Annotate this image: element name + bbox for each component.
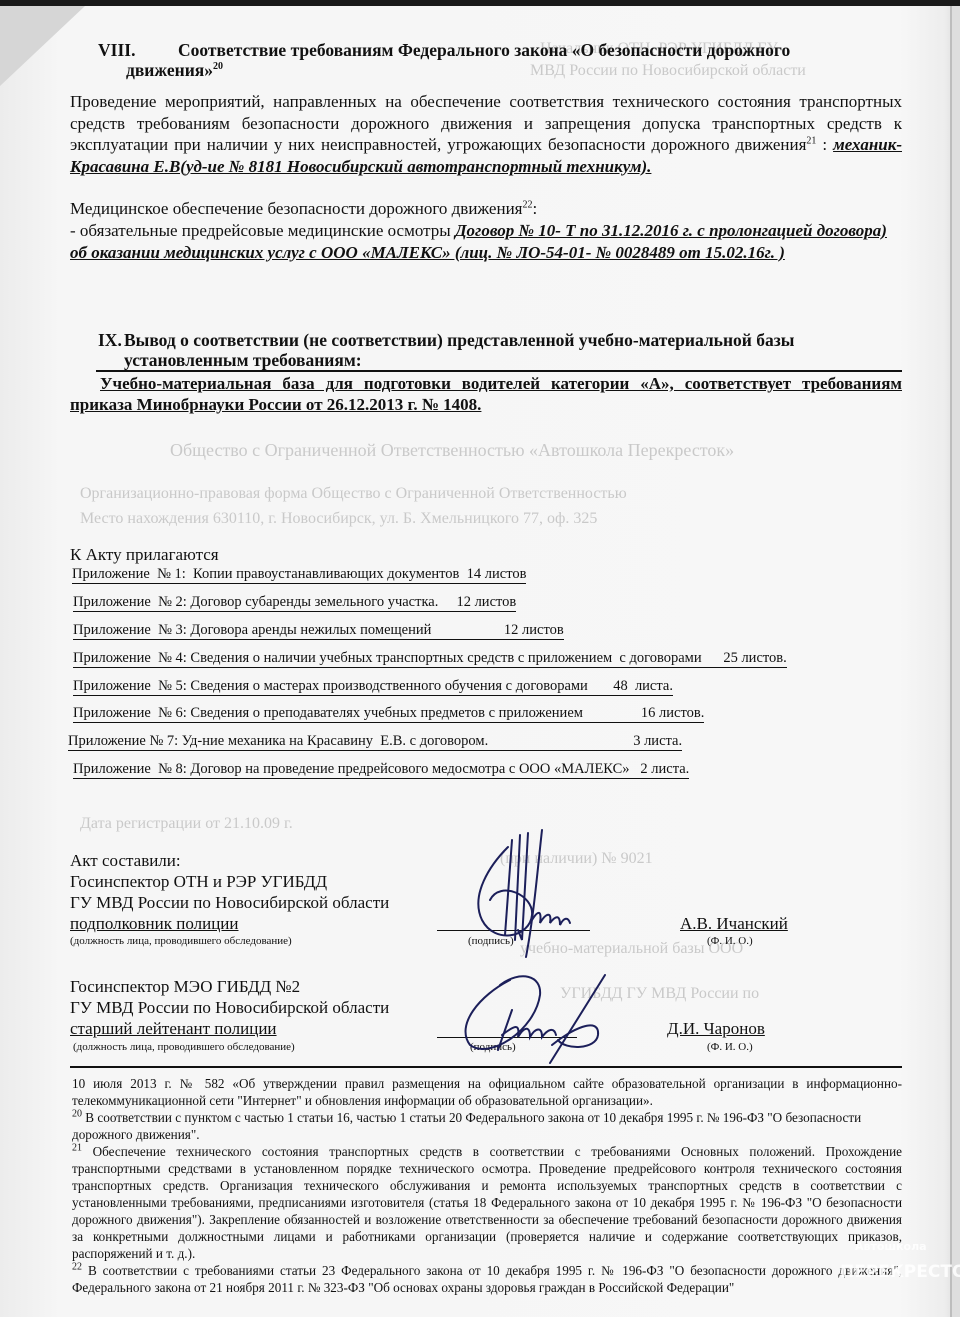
medical-item-prefix: - обязательные предрейсовые медицинские … (70, 221, 451, 240)
section-8-title-text: движения» (126, 60, 213, 80)
attachment-item: Приложение № 7: Уд-ние механика на Краса… (68, 733, 682, 751)
paragraph-text: Проведение мероприятий, направленных на … (70, 92, 902, 154)
footnote-21: 21 Обеспечение технического состояния тр… (72, 1143, 902, 1262)
inspector-1-rank-caption: (должность лица, проводившего обследован… (70, 935, 292, 947)
watermark-line1: Автошкола (855, 1240, 927, 1253)
inspector-1-position: Госинспектор ОТН и РЭР УГИБДД (70, 871, 327, 892)
inspector-2-rank-caption: (должность лица, проводившего обследован… (73, 1041, 295, 1053)
inspector-1-name-caption: (Ф. И. О.) (707, 935, 753, 947)
section-8-paragraph: Проведение мероприятий, направленных на … (70, 91, 902, 177)
footnote-ref-20: 20 (213, 61, 223, 72)
signature-1-icon (460, 825, 600, 960)
footnote-22: 22 В соответствии с требованиями статьи … (72, 1262, 902, 1296)
footnote-number: 22 (72, 1262, 82, 1273)
inspector-2-rank: старший лейтенант полиции (70, 1018, 277, 1039)
section-8-title: Соответствие требованиям Федерального за… (178, 39, 790, 61)
attachment-item: Приложение № 2: Договор субаренды земель… (73, 594, 516, 612)
footnote-ref-21: 21 (806, 135, 816, 146)
attachments-heading: К Акту прилагаются (70, 545, 219, 565)
page-edge (950, 6, 952, 1317)
section-9-number: IX. (98, 329, 122, 351)
signature-2-icon (440, 955, 620, 1065)
attachment-item: Приложение № 5: Сведения о мастерах прои… (73, 678, 673, 696)
footnote-text: В соответствии с требованиями статьи 23 … (72, 1263, 902, 1295)
scan-edge (952, 0, 960, 1317)
footnote-text: В соответствии с пунктом с частью 1 стат… (72, 1110, 861, 1142)
footnote-ref-22: 22 (523, 199, 533, 210)
footnote-divider (70, 1066, 902, 1068)
footnote-number: 21 (72, 1143, 82, 1154)
attachment-item: Приложение № 1: Копии правоустанавливающ… (72, 566, 526, 584)
watermark-line2: ПЕРЕКРЕСТОК (840, 1262, 960, 1282)
section-9-title: Вывод о соответствии (не соответствии) п… (124, 329, 902, 351)
section-9-title-line2: установленным требованиям: (124, 349, 362, 371)
footnote-20: 20 В соответствии с пунктом с частью 1 с… (72, 1109, 902, 1143)
attachment-item: Приложение № 6: Сведения о преподавателя… (73, 705, 704, 723)
medical-label: Медицинское обеспечение безопасности дор… (70, 198, 537, 220)
footnote-continuation: 10 июля 2013 г. № 582 «Об утверждении пр… (72, 1075, 902, 1109)
scanned-page: Начальник ОТН, РЭР УГИБДД ГУ МВД России … (0, 0, 960, 1317)
signatures-heading: Акт составили: (70, 850, 181, 871)
attachment-item: Приложение № 8: Договор на проведение пр… (73, 761, 689, 779)
section-8-number: VIII. (98, 39, 135, 61)
section-9-conclusion: Учебно-материальная база для подготовки … (70, 373, 902, 415)
medical-label-text: Медицинское обеспечение безопасности дор… (70, 199, 523, 218)
inspector-2-department: ГУ МВД России по Новосибирской области (70, 997, 389, 1018)
footnote-number: 20 (72, 1109, 82, 1120)
section-8-title-line2: движения»20 (126, 59, 223, 81)
attachment-item: Приложение № 4: Сведения о наличии учебн… (73, 650, 787, 668)
footnote-text: Обеспечение технического состояния транс… (72, 1144, 902, 1261)
inspector-1-name: А.В. Ичанский (680, 913, 788, 934)
folded-corner (0, 6, 85, 86)
inspector-1-department: ГУ МВД России по Новосибирской области (70, 892, 389, 913)
inspector-2-name-caption: (Ф. И. О.) (707, 1041, 753, 1053)
medical-item: - обязательные предрейсовые медицинские … (70, 220, 902, 263)
scan-top-border (0, 0, 960, 6)
inspector-2-position: Госинспектор МЭО ГИБДД №2 (70, 976, 300, 997)
inspector-1-rank: подполковник полиции (70, 913, 239, 934)
divider (96, 370, 902, 372)
attachment-item: Приложение № 3: Договора аренды нежилых … (73, 622, 564, 640)
inspector-2-name: Д.И. Чаронов (667, 1018, 765, 1039)
